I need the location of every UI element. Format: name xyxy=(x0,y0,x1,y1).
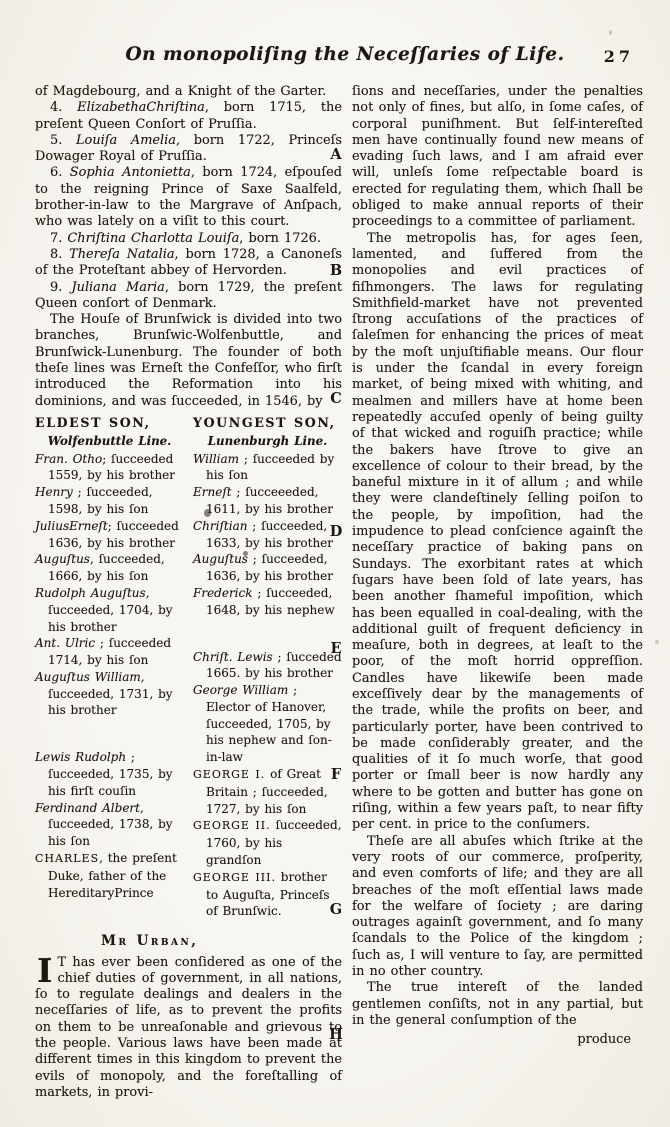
running-title: On monopoliſing the Neceſſaries of Life. xyxy=(125,44,564,65)
ruler-name: William xyxy=(193,452,239,466)
genealogy-entry: JuliusErneſt; ſucceeded 1636, by his bro… xyxy=(35,518,184,552)
scan-speckle xyxy=(609,30,612,35)
genealogy-entry: Erneſt ; ſucceeeded, 1611, by his brothe… xyxy=(193,484,342,518)
genealogy-entry: Ferdinand Albert, ſucceeded, 1738, by hi… xyxy=(35,800,184,850)
youngest-entries: William ; ſucceeded by his ſonErneſt ; ſ… xyxy=(193,451,342,921)
genealogy-entry: Auguſtus William, ſucceeded, 1731, by hi… xyxy=(35,669,184,719)
entry-name: Chriſtina Charlotta Louiſa xyxy=(67,231,239,246)
paragraph: Theſe are all abuſes which ſtrike at the… xyxy=(352,834,643,981)
genealogy-entry: Ant. Ulric ; ſucceeded 1714, by his ſon xyxy=(35,635,184,669)
ruler-name: Ant. Ulric xyxy=(35,636,95,650)
wolfenbuttle-line-label: Wolfenbuttle Line. xyxy=(35,433,184,450)
ruler-name: Chriſtian xyxy=(193,519,247,533)
numbered-entry: 8. Thereſa Natalia, born 1728, a Canoneſ… xyxy=(35,247,342,280)
ruler-name: George I. xyxy=(193,768,265,781)
letter-section: Mr Urban, IT has ever been conſidered as… xyxy=(35,933,342,1101)
left-column: of Magdebourg, and a Knight of the Garte… xyxy=(35,84,342,1101)
margin-letter-f: F xyxy=(327,766,345,783)
letter-paragraph: IT has ever been conſidered as one of th… xyxy=(35,955,342,1102)
ruler-name: George III. xyxy=(193,871,276,884)
letter-salutation: Mr Urban, xyxy=(101,933,342,949)
lunenburgh-line-label: Lunenburgh Line. xyxy=(193,433,342,450)
entry-name: Louiſa Amelia xyxy=(76,133,176,148)
ruler-name: Auguſtus xyxy=(35,552,90,566)
ruler-name: Frederick xyxy=(193,586,253,600)
house-paragraph: The Houſe of Brunſwick is divided into t… xyxy=(35,312,342,410)
numbered-entry: 6. Sophia Antonietta, born 1724, eſpouſe… xyxy=(35,165,342,230)
scan-speckle xyxy=(243,551,248,556)
genealogy-table: ELDEST SON, Wolfenbuttle Line. Fran. Oth… xyxy=(35,415,342,920)
genealogy-youngest-column: YOUNGEST SON, Lunenburgh Line. William ;… xyxy=(193,415,342,920)
paragraph: The true intereſt of the landed gentleme… xyxy=(352,980,643,1029)
entry-text: , born 1726. xyxy=(239,231,321,246)
ruler-name: Henry xyxy=(35,485,73,499)
ruler-name: George II. xyxy=(193,819,271,832)
entry-name: Sophia Antonietta xyxy=(70,165,191,180)
entry-number: 4. xyxy=(50,100,62,115)
entry-number: 7. xyxy=(50,231,62,246)
genealogy-entry: William ; ſucceeded by his ſon xyxy=(193,451,342,485)
genealogy-entry: Chriſt. Lewis ; ſucceded 1665. by his br… xyxy=(193,649,342,683)
youngest-son-header: YOUNGEST SON, xyxy=(193,415,342,432)
scan-speckle xyxy=(47,957,51,961)
numbered-children-list: 4. ElizabethaChriſtina, born 1715, the p… xyxy=(35,100,342,312)
ruler-name: Ferdinand Albert xyxy=(35,801,140,815)
scan-speckle xyxy=(204,509,211,517)
ruler-name: Lewis Rudolph xyxy=(35,750,126,764)
genealogy-entry: Henry ; ſucceeded, 1598, by his ſon xyxy=(35,484,184,518)
entry-number: 8. xyxy=(50,247,62,262)
genealogy-entry: Charles, the preſent Duke, father of the… xyxy=(35,850,184,901)
ruler-name: Charles xyxy=(35,852,99,865)
page-number: 27 xyxy=(604,47,634,66)
margin-letter-h: H xyxy=(327,1026,345,1043)
ruler-name: Auguſtus xyxy=(193,552,248,566)
ruler-name: Auguſtus William xyxy=(35,670,141,684)
genealogy-entry: George I. of Great Britain ; ſucceeded, … xyxy=(193,766,342,817)
margin-letter-b: B xyxy=(327,262,345,279)
entry-number: 5. xyxy=(50,133,62,148)
page-header: On monopoliſing the Neceſſaries of Life. xyxy=(100,44,590,65)
genealogy-entry: Auguſtus, ſucceeded, 1666, by his ſon xyxy=(35,551,184,585)
ruler-name: Fran. Otho xyxy=(35,452,102,466)
genealogy-eldest-column: ELDEST SON, Wolfenbuttle Line. Fran. Oth… xyxy=(35,415,184,920)
genealogy-entry: Chriſtian ; ſucceeded, 1633, by his brot… xyxy=(193,518,342,552)
numbered-entry: 9. Juliana Maria, born 1729, the preſent… xyxy=(35,280,342,313)
genealogy-entry: Auguſtus ; ſucceeded, 1636, by his broth… xyxy=(193,551,342,585)
entry-name: ElizabethaChriſtina xyxy=(77,100,205,115)
entry-name: Juliana Maria xyxy=(71,280,164,295)
genealogy-entry: George William ; Elector of Hanover, ſuc… xyxy=(193,682,342,766)
margin-letter-g: G xyxy=(327,901,345,918)
entry-number: 6. xyxy=(50,165,62,180)
entry-number: 9. xyxy=(50,280,62,295)
continuation-paragraph: of Magdebourg, and a Knight of the Garte… xyxy=(35,84,342,100)
genealogy-entry: Frederick ; ſucceeded, 1648, by his neph… xyxy=(193,585,342,619)
paragraph: ſions and neceſſaries, under the penalti… xyxy=(352,84,643,231)
ruler-name: JuliusErneſt xyxy=(35,519,108,533)
eldest-son-header: ELDEST SON, xyxy=(35,415,184,432)
margin-letter-c: C xyxy=(327,390,345,407)
right-column: ſions and neceſſaries, under the penalti… xyxy=(352,84,643,1049)
ruler-name: Rudolph Auguſtus xyxy=(35,586,146,600)
catchword: produce xyxy=(352,1032,643,1048)
genealogy-entry: Rudolph Auguſtus, ſucceeded, 1704, by hi… xyxy=(35,585,184,635)
margin-letter-e: E xyxy=(327,640,345,657)
scanned-page: On monopoliſing the Neceſſaries of Life.… xyxy=(0,0,670,1127)
numbered-entry: 7. Chriſtina Charlotta Louiſa, born 1726… xyxy=(35,231,342,247)
right-paragraphs: ſions and neceſſaries, under the penalti… xyxy=(352,84,643,1029)
ruler-name: Erneſt xyxy=(193,485,232,499)
ruler-name: George William xyxy=(193,683,288,697)
margin-letter-a: A xyxy=(327,146,345,163)
numbered-entry: 5. Louiſa Amelia, born 1722, Princeſs Do… xyxy=(35,133,342,166)
margin-letter-d: D xyxy=(327,523,345,540)
letter-text: T has ever been conſidered as one of the… xyxy=(35,955,342,1100)
eldest-entries: Fran. Otho; ſucceeded 1559, by his broth… xyxy=(35,451,184,902)
genealogy-entry: Lewis Rudolph ; ſucceeded, 1735, by his … xyxy=(35,749,184,799)
genealogy-entry: George II. ſucceeded, 1760, by his grand… xyxy=(193,817,342,868)
paragraph: The metropolis has, for ages ſeen, lamen… xyxy=(352,231,643,834)
genealogy-entry: Fran. Otho; ſucceeded 1559, by his broth… xyxy=(35,451,184,485)
ruler-name: Chriſt. Lewis xyxy=(193,650,273,664)
numbered-entry: 4. ElizabethaChriſtina, born 1715, the p… xyxy=(35,100,342,133)
genealogy-entry: George III. brother to Auguſta, Princeſs… xyxy=(193,869,342,920)
scan-speckle xyxy=(655,640,659,644)
entry-name: Thereſa Natalia xyxy=(69,247,174,262)
